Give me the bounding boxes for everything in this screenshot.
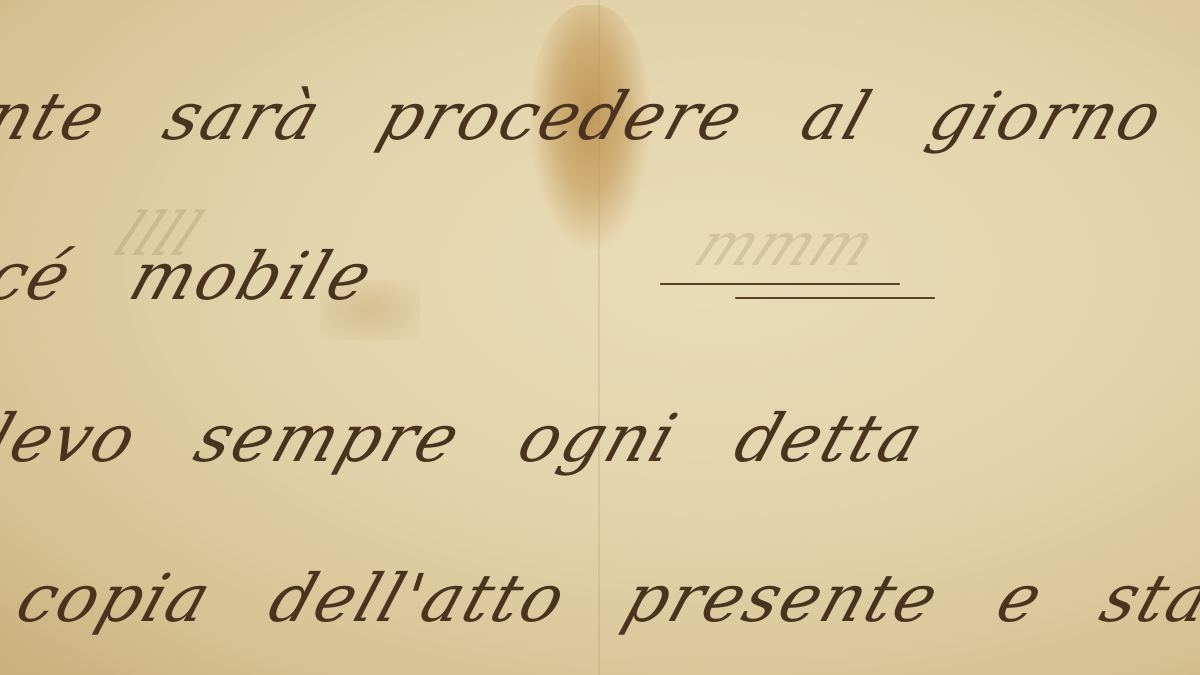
underline-stroke <box>660 283 900 285</box>
manuscript-line-1: nte sarà procedere al giorno <box>0 78 1173 155</box>
bleed-through-text: mmm <box>684 210 887 280</box>
manuscript-line-2: cé mobile <box>0 238 383 315</box>
manuscript-line-3: levo sempre ogni detta <box>0 400 934 477</box>
underline-stroke <box>735 297 935 299</box>
manuscript-line-4: copia dell'atto presente e stato <box>7 560 1200 637</box>
